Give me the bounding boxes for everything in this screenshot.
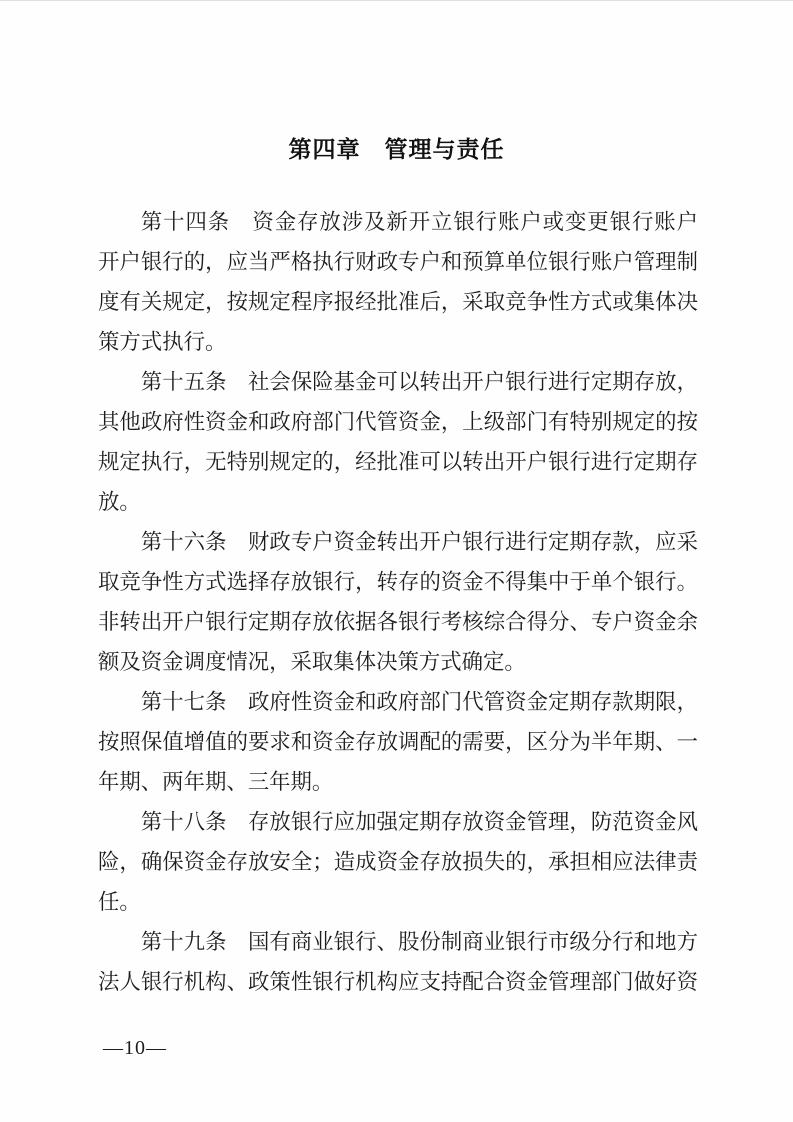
article-19: 第十九条 国有商业银行、股份制商业银行市级分行和地方 法人银行机构、政策性银行机… <box>98 922 698 1002</box>
text-line: 取竞争性方式选择存放银行，转存的资金不得集中于单个银行。 <box>98 562 698 602</box>
text-line: 按照保值增值的要求和资金存放调配的需要，区分为半年期、一 <box>98 722 698 762</box>
text-line: 额及资金调度情况，采取集体决策方式确定。 <box>98 642 698 682</box>
text-line: 度有关规定，按规定程序报经批准后，采取竞争性方式或集体决 <box>98 282 698 322</box>
article-18: 第十八条 存放银行应加强定期存放资金管理，防范资金风 险，确保资金存放安全；造成… <box>98 802 698 922</box>
text-line: 第十七条 政府性资金和政府部门代管资金定期存款期限， <box>98 682 698 722</box>
document-body: 第十四条 资金存放涉及新开立银行账户或变更银行账户 开户银行的，应当严格执行财政… <box>98 202 698 1002</box>
text-line: 第十六条 财政专户资金转出开户银行进行定期存款，应采 <box>98 522 698 562</box>
article-14: 第十四条 资金存放涉及新开立银行账户或变更银行账户 开户银行的，应当严格执行财政… <box>98 202 698 362</box>
text-line: 第十八条 存放银行应加强定期存放资金管理，防范资金风 <box>98 802 698 842</box>
text-line: 非转出开户银行定期存放依据各银行考核综合得分、专户资金余 <box>98 602 698 642</box>
article-16: 第十六条 财政专户资金转出开户银行进行定期存款，应采 取竞争性方式选择存放银行，… <box>98 522 698 682</box>
text-line: 开户银行的，应当严格执行财政专户和预算单位银行账户管理制 <box>98 242 698 282</box>
text-line: 其他政府性资金和政府部门代管资金，上级部门有特别规定的按 <box>98 402 698 442</box>
text-line: 险，确保资金存放安全；造成资金存放损失的，承担相应法律责 <box>98 842 698 882</box>
article-17: 第十七条 政府性资金和政府部门代管资金定期存款期限， 按照保值增值的要求和资金存… <box>98 682 698 802</box>
document-page: 第四章 管理与责任 第十四条 资金存放涉及新开立银行账户或变更银行账户 开户银行… <box>0 0 793 1122</box>
text-line: 第十五条 社会保险基金可以转出开户银行进行定期存放， <box>98 362 698 402</box>
article-15: 第十五条 社会保险基金可以转出开户银行进行定期存放， 其他政府性资金和政府部门代… <box>98 362 698 522</box>
text-line: 第十九条 国有商业银行、股份制商业银行市级分行和地方 <box>98 922 698 962</box>
text-line: 规定执行，无特别规定的，经批准可以转出开户银行进行定期存 <box>98 442 698 482</box>
text-line: 年期、两年期、三年期。 <box>98 762 698 802</box>
text-line: 法人银行机构、政策性银行机构应支持配合资金管理部门做好资 <box>98 962 698 1002</box>
page-number: —10— <box>103 1037 167 1060</box>
text-line: 第十四条 资金存放涉及新开立银行账户或变更银行账户 <box>98 202 698 242</box>
text-line: 策方式执行。 <box>98 322 698 362</box>
text-line: 任。 <box>98 882 698 922</box>
text-line: 放。 <box>98 482 698 522</box>
chapter-heading: 第四章 管理与责任 <box>0 131 793 164</box>
